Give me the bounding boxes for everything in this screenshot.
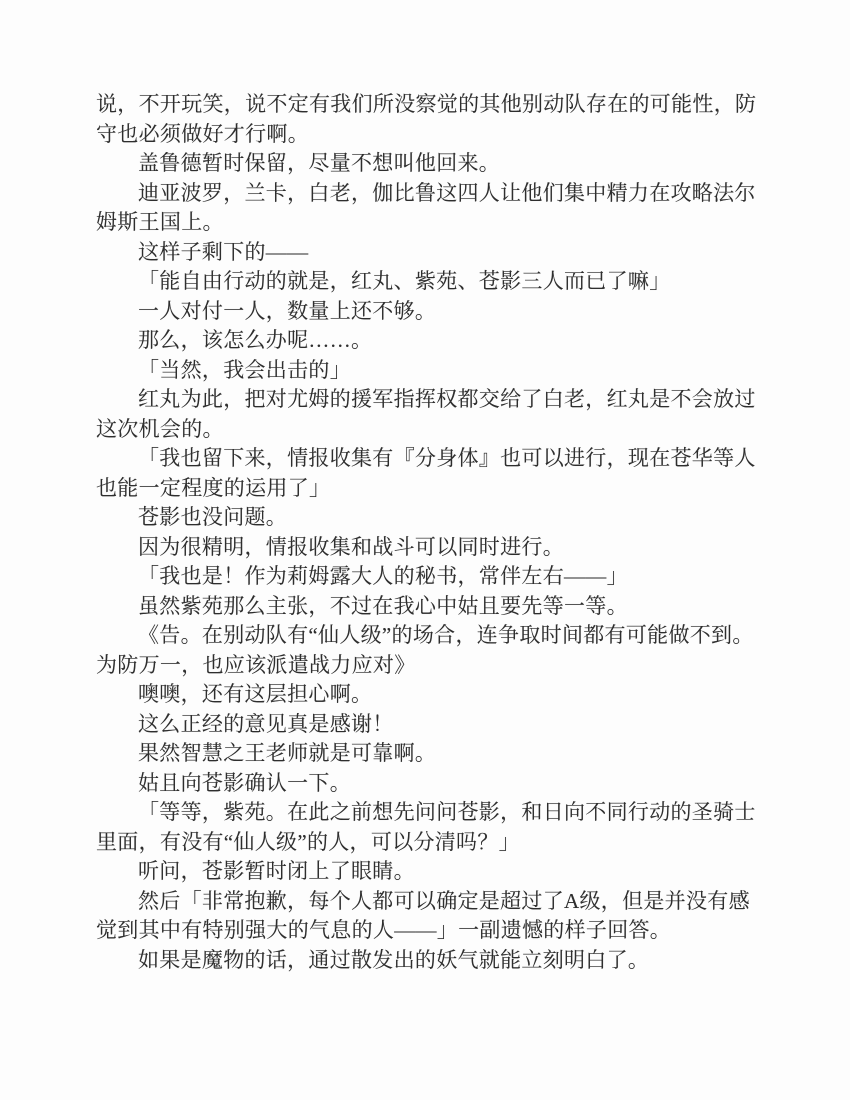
text-line: 「我也是！作为莉姆露大人的秘书，常伴左右——」 [96,562,768,592]
text-line: 《告。在别动队有“仙人级”的场合，连争取时间都有可能做不到。 [96,621,768,651]
text-line: 这么正经的意见真是感谢！ [96,710,768,740]
text-line: 果然智慧之王老师就是可靠啊。 [96,739,768,769]
text-line: 姑且向苍影确认一下。 [96,769,768,799]
document-page: 说，不开玩笑，说不定有我们所没察觉的其他别动队存在的可能性，防守也必须做好才行啊… [0,0,850,1100]
text-line: 姆斯王国上。 [96,208,768,238]
text-line: 「能自由行动的就是，红丸、紫苑、苍影三人而已了嘛」 [96,267,768,297]
text-line: 守也必须做好才行啊。 [96,120,768,150]
text-line: 苍影也没问题。 [96,503,768,533]
text-line: 因为很精明，情报收集和战斗可以同时进行。 [96,533,768,563]
text-line: 说，不开玩笑，说不定有我们所没察觉的其他别动队存在的可能性，防 [96,90,768,120]
text-line: 然后「非常抱歉，每个人都可以确定是超过了A级，但是并没有感 [96,887,768,917]
text-line: 虽然紫苑那么主张，不过在我心中姑且要先等一等。 [96,592,768,622]
text-line: 这样子剩下的—— [96,238,768,268]
text-line: 迪亚波罗，兰卡，白老，伽比鲁这四人让他们集中精力在攻略法尔 [96,179,768,209]
text-line: 一人对付一人，数量上还不够。 [96,297,768,327]
body-text: 说，不开玩笑，说不定有我们所没察觉的其他别动队存在的可能性，防守也必须做好才行啊… [96,90,768,975]
text-line: 为防万一，也应该派遣战力应对》 [96,651,768,681]
text-line: 噢噢，还有这层担心啊。 [96,680,768,710]
text-line: 「当然，我会出击的」 [96,356,768,386]
text-line: 红丸为此，把对尤姆的援军指挥权都交给了白老，红丸是不会放过 [96,385,768,415]
text-line: 「等等，紫苑。在此之前想先问问苍影，和日向不同行动的圣骑士 [96,798,768,828]
text-line: 如果是魔物的话，通过散发出的妖气就能立刻明白了。 [96,946,768,976]
text-line: 里面，有没有“仙人级”的人，可以分清吗？」 [96,828,768,858]
text-line: 也能一定程度的运用了」 [96,474,768,504]
text-line: 那么，该怎么办呢……。 [96,326,768,356]
text-line: 听问，苍影暂时闭上了眼睛。 [96,857,768,887]
text-line: 「我也留下来，情报收集有『分身体』也可以进行，现在苍华等人 [96,444,768,474]
text-line: 觉到其中有特别强大的气息的人——」一副遗憾的样子回答。 [96,916,768,946]
text-line: 盖鲁德暂时保留，尽量不想叫他回来。 [96,149,768,179]
text-line: 这次机会的。 [96,415,768,445]
